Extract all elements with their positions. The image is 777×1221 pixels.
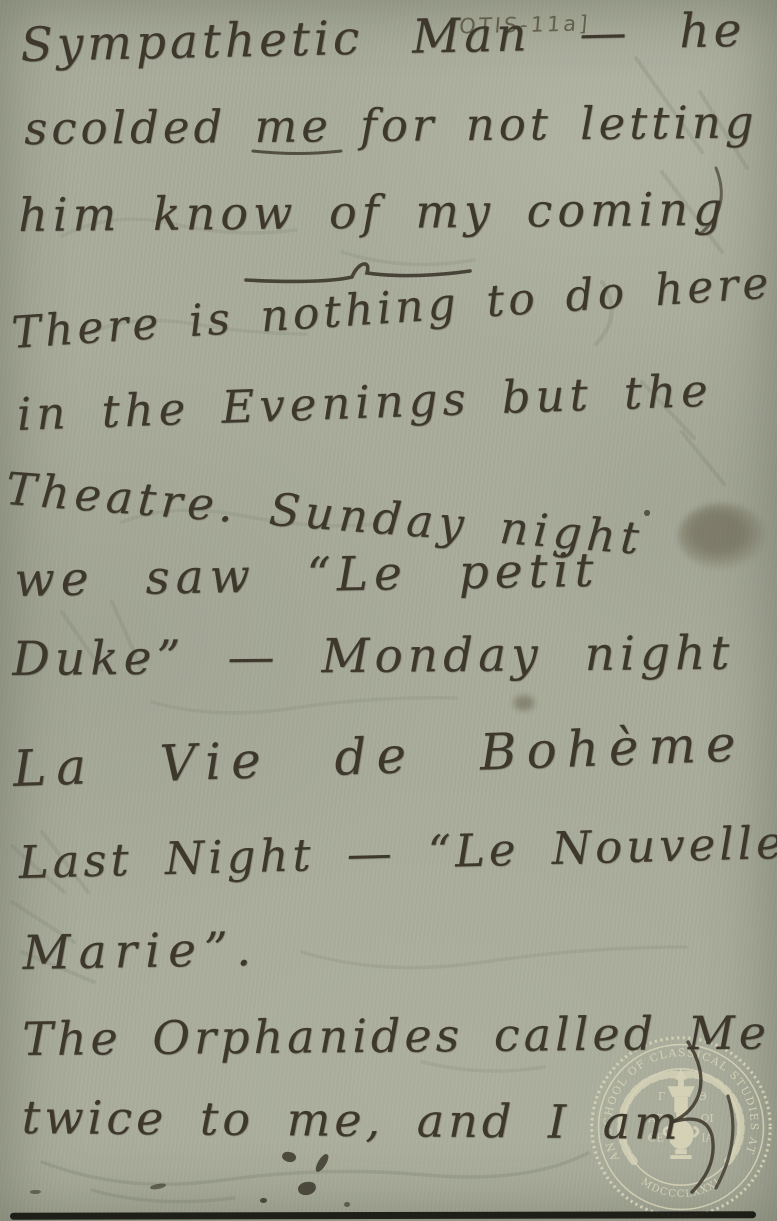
- handwritten-line: Duke” — Monday night: [12, 626, 734, 687]
- svg-text:MDCCCLXXXI: MDCCCLXXXI: [639, 1177, 723, 1200]
- seal-year: MDCCCLXXXI: [639, 1177, 723, 1200]
- ink-smudge: [512, 694, 536, 712]
- handwritten-line: in the Evenings but the: [16, 364, 713, 441]
- handwritten-line: scolded me for not letting: [24, 96, 758, 155]
- handwritten-line: There is nothing to do here: [10, 257, 774, 358]
- ink-blot: [644, 510, 650, 516]
- handwritten-line: The Orphanides called Me: [22, 1005, 770, 1066]
- ink-smudge: [678, 503, 766, 569]
- letter-page: Γ ΑΡ ΘΕ Θ ΟΙ ΙΑ AMERICAN SCHOOL OF CLASS…: [0, 0, 777, 1221]
- ink-blot: [260, 1198, 267, 1203]
- ink-blot: [281, 1150, 297, 1163]
- handwritten-line: twice to me, and I am: [22, 1090, 682, 1150]
- handwritten-line: we saw “Le petit: [14, 543, 600, 608]
- handwritten-line: La Vie de Bohème: [12, 714, 746, 798]
- handwritten-line: him know of my coming: [18, 182, 728, 242]
- ink-blot: [30, 1190, 41, 1194]
- ink-blot: [314, 1152, 331, 1173]
- handwritten-line: Last Night — “Le Nouvelle: [18, 816, 777, 889]
- ink-blot: [297, 1181, 317, 1197]
- seal-letter: Θ: [698, 1090, 707, 1103]
- ink-blot: [344, 1202, 350, 1207]
- seal-letter: ΙΑ: [701, 1132, 713, 1145]
- handwritten-line: Marie”.: [22, 922, 259, 981]
- handwritten-line: Sympathetic Man — he: [20, 3, 746, 73]
- seal-letter: ΟΙ: [701, 1112, 714, 1125]
- ink-blot: [150, 1183, 167, 1191]
